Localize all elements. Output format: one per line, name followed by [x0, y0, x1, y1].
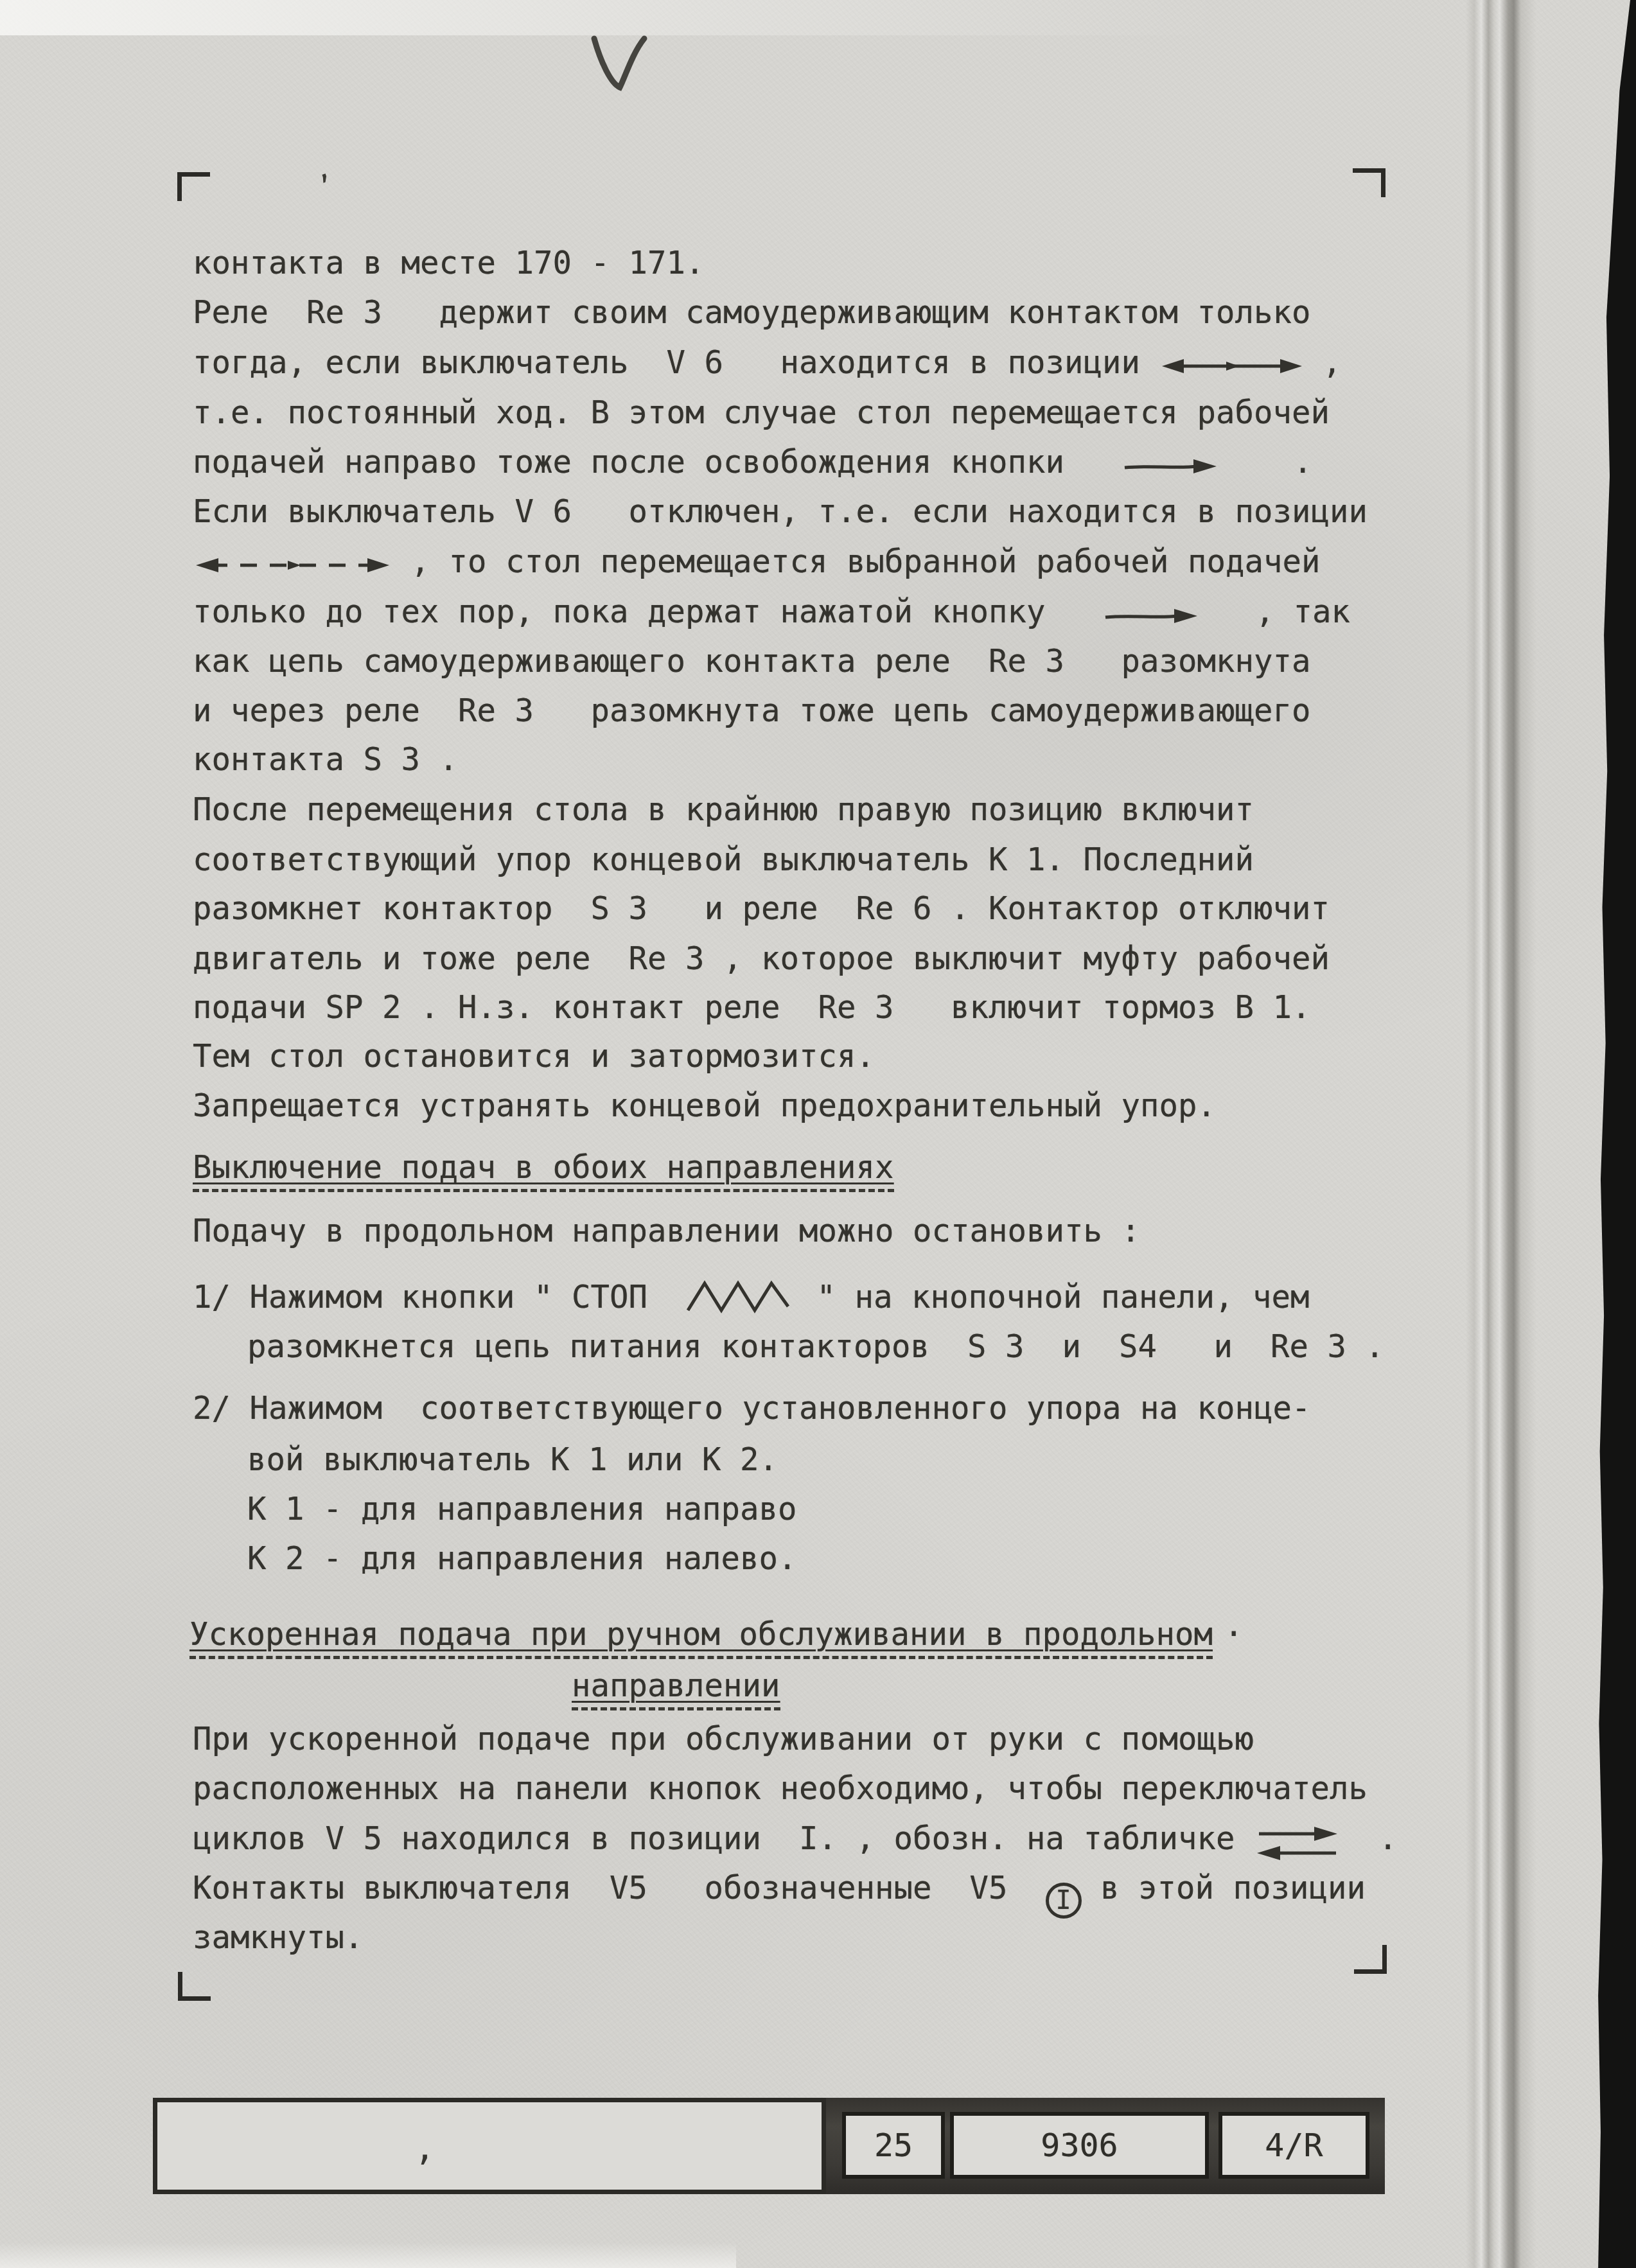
text-line: Подачу в продольном направлении можно ос…	[193, 1215, 1140, 1247]
footer-sheet-code-box: 4/R	[1218, 2112, 1369, 2179]
text-line: Если выключатель V 6 отключен, т.е. если…	[193, 496, 1368, 527]
crop-corner-bottom-right	[1354, 1945, 1387, 1974]
text-line: подачи SP 2 . Н.з. контакт реле Re 3 вкл…	[193, 992, 1311, 1023]
section-heading-feed-switch-off: Выключение подач в обоих направлениях	[193, 1152, 894, 1192]
text-line: Контакты выключателя V5 обозначенные V5 …	[193, 1872, 1366, 1919]
text-line: только до тех пор, пока держат нажатой к…	[193, 596, 1350, 628]
text-line: После перемещения стола в крайнюю правую…	[193, 794, 1254, 825]
position-one-badge: I	[1046, 1883, 1082, 1919]
footer-ink-note: ,	[414, 2128, 435, 2168]
cycle-table-arrows-icon	[1254, 1824, 1341, 1863]
text-line: т.е. постоянный ход. В этом случае стол …	[193, 397, 1330, 428]
footer-title-block: , 25 9306 4/R	[153, 2098, 1385, 2194]
section-heading-rapid-feed-line2: направлении	[572, 1670, 780, 1710]
page-top-edge-highlight	[0, 0, 1636, 35]
text-line: расположенных на панели кнопок необходим…	[193, 1773, 1368, 1804]
footer-dark-band: 25 9306 4/R	[826, 2098, 1385, 2194]
text-line: соответствующий упор концевой выключател…	[193, 844, 1254, 875]
crop-corner-top-left	[177, 172, 210, 201]
text-line: и через реле Re 3 разомкнута тоже цепь с…	[193, 695, 1311, 726]
text-line: подачей направо тоже после освобождения …	[193, 446, 1312, 478]
text-line: тогда, если выключатель V 6 находится в …	[193, 347, 1342, 378]
stop-zigzag-icon	[685, 1278, 798, 1315]
text-line: замкнуты.	[193, 1922, 364, 1953]
text-line: вой выключатель К 1 или К 2.	[247, 1444, 778, 1475]
crop-corner-top-right	[1353, 168, 1385, 197]
footer-left-box: ,	[153, 2098, 826, 2194]
section-heading-rapid-feed: Ускоренная подача при ручном обслуживани…	[189, 1619, 1244, 1659]
text-line: , то стол перемещается выбранной рабочей…	[193, 546, 1321, 577]
constant-feed-arrow-icon	[1159, 355, 1304, 377]
inching-feed-arrow-icon	[193, 554, 392, 576]
text-line: разомкнет контактор S 3 и реле Re 6 . Ко…	[193, 893, 1330, 924]
text-line: 2/ Нажимом соответствующего установленно…	[193, 1393, 1311, 1424]
text-line: контакта в месте 170 - 171.	[193, 247, 705, 279]
text-line: Тем стол остановится и затормозится.	[193, 1041, 875, 1072]
text-line: К 1 - для направления направо	[247, 1493, 797, 1525]
jog-feed-arrow-icon	[1102, 606, 1199, 626]
footer-page-number-box: 25	[842, 2112, 945, 2179]
text-line: 1/ Нажимом кнопки " СТОП " на кнопочной …	[193, 1278, 1310, 1315]
text-line: циклов V 5 находился в позиции I. , обоз…	[193, 1823, 1398, 1863]
text-line: как цепь самоудерживающего контакта реле…	[193, 646, 1311, 677]
text-line: разомкнется цепь питания контакторов S 3…	[247, 1331, 1384, 1362]
page-bottom-edge-highlight	[0, 2242, 736, 2268]
text-line: двигатель и тоже реле Re 3 , которое вык…	[193, 943, 1330, 974]
footer-document-number-box: 9306	[950, 2112, 1209, 2179]
jog-feed-arrow-icon	[1121, 456, 1218, 477]
text-line: Запрещается устранять концевой предохран…	[193, 1090, 1216, 1121]
binding-crease	[1466, 0, 1536, 2268]
text-line: контакта S 3 .	[193, 744, 458, 775]
text-line: При ускоренной подаче при обслуживании о…	[193, 1723, 1254, 1755]
text-line: К 2 - для направления налево.	[247, 1543, 797, 1574]
text-line: Реле Re 3 держит своим самоудерживающим …	[193, 297, 1311, 328]
handwritten-check-icon	[588, 31, 658, 98]
crop-corner-bottom-left	[178, 1972, 211, 2001]
